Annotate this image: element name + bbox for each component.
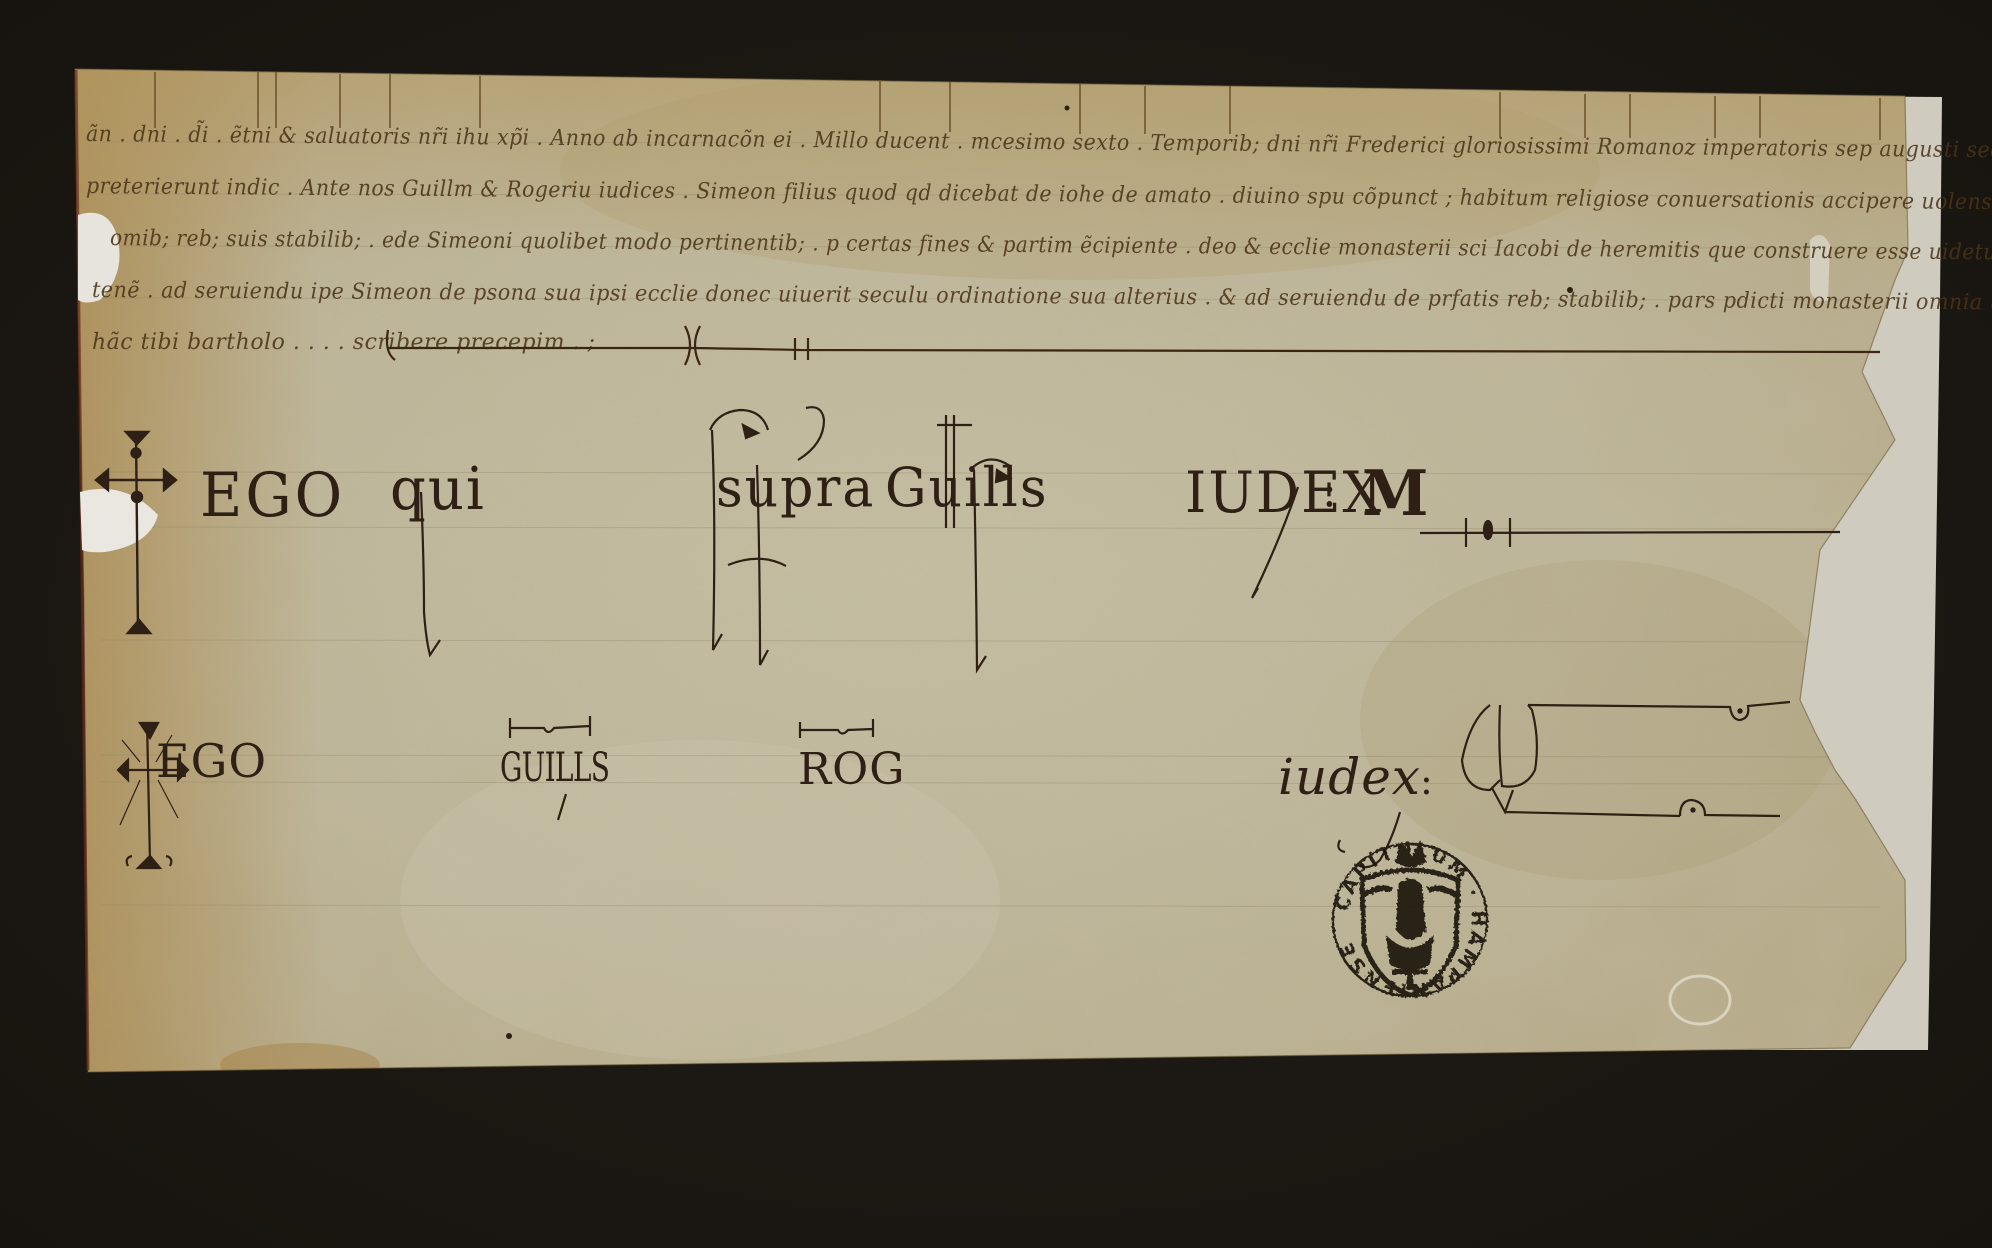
seal-stamp: CAPITULUM · HAMPANIENSE: [0, 0, 1992, 1248]
document-viewer: ãn . dni . d̃i . ẽtni & saluatoris nr̃i …: [0, 0, 1992, 1248]
